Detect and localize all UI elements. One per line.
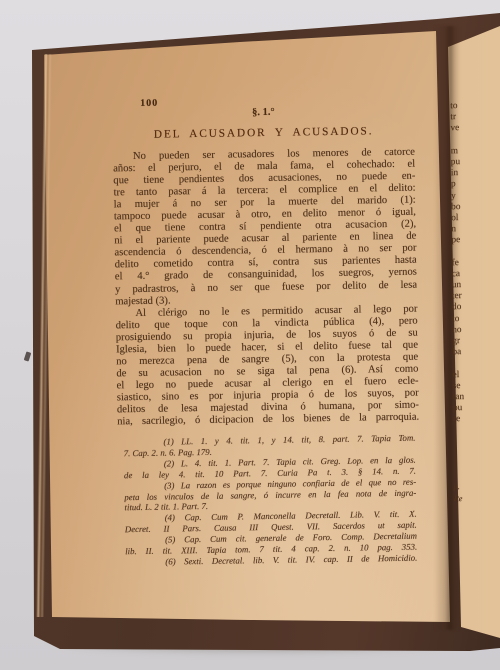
photo-background: 100 §. 1.° DEL ACUSADOR Y ACUSADOS. No p… — [0, 0, 500, 670]
right-page-fragments: totrvempuinpyboolnpefecaunterdotonogrbae… — [450, 101, 498, 504]
fragment-line — [453, 436, 497, 448]
fragment-line: p. — [454, 481, 498, 493]
fragment-line — [453, 448, 497, 460]
fragment-line — [451, 134, 495, 146]
fragment-line: n — [451, 224, 495, 236]
fragment-line: fe — [452, 257, 496, 269]
fragment-line — [453, 459, 497, 471]
fragment-line: Re — [454, 492, 498, 504]
fragment-line — [452, 246, 496, 258]
fragment-line: tr — [450, 112, 494, 124]
fragment-line: ca — [452, 269, 496, 281]
fragment-line: ba — [452, 347, 496, 359]
fragment-line: pu — [453, 403, 497, 415]
fragment-line: gr — [452, 336, 496, 348]
fragment-line: el — [453, 369, 497, 381]
edge-speck — [24, 351, 32, 361]
fragment-line: in — [451, 168, 495, 180]
fragment-line: tan — [453, 392, 497, 404]
fragment-line: se — [453, 380, 497, 392]
fragment-line: ol — [451, 213, 495, 225]
fragment-line: do — [452, 302, 496, 314]
fragment-line — [453, 470, 497, 482]
fragment-line: to — [452, 313, 496, 325]
fragment-line — [452, 358, 496, 370]
fragment-line: pu — [451, 157, 495, 169]
page-number: 100 — [140, 98, 158, 109]
fragment-line: no — [452, 325, 496, 337]
fragment-line: pe — [451, 235, 495, 247]
fragment-line: bo — [451, 201, 495, 213]
fragment-line — [453, 425, 497, 437]
footnotes: (1) LL. 1. y 4. tit. 1, y 14. tit, 8. pa… — [123, 433, 417, 568]
fragment-line: ter — [452, 291, 496, 303]
fragment-line: y — [451, 190, 495, 202]
fragment-line: un — [452, 280, 496, 292]
fragment-line: ve — [450, 123, 494, 135]
fragment-line: m — [451, 146, 495, 158]
body-paragraph-1: No pueden ser acusadores los menores de … — [113, 147, 417, 308]
body-text: No pueden ser acusadores los menores de … — [113, 147, 422, 568]
fragment-line: p — [451, 179, 495, 191]
fragment-line: re — [453, 414, 497, 426]
fragment-line: to — [450, 101, 494, 113]
body-paragraph-2: Al clérigo no le es permitido acusar al … — [115, 303, 419, 428]
